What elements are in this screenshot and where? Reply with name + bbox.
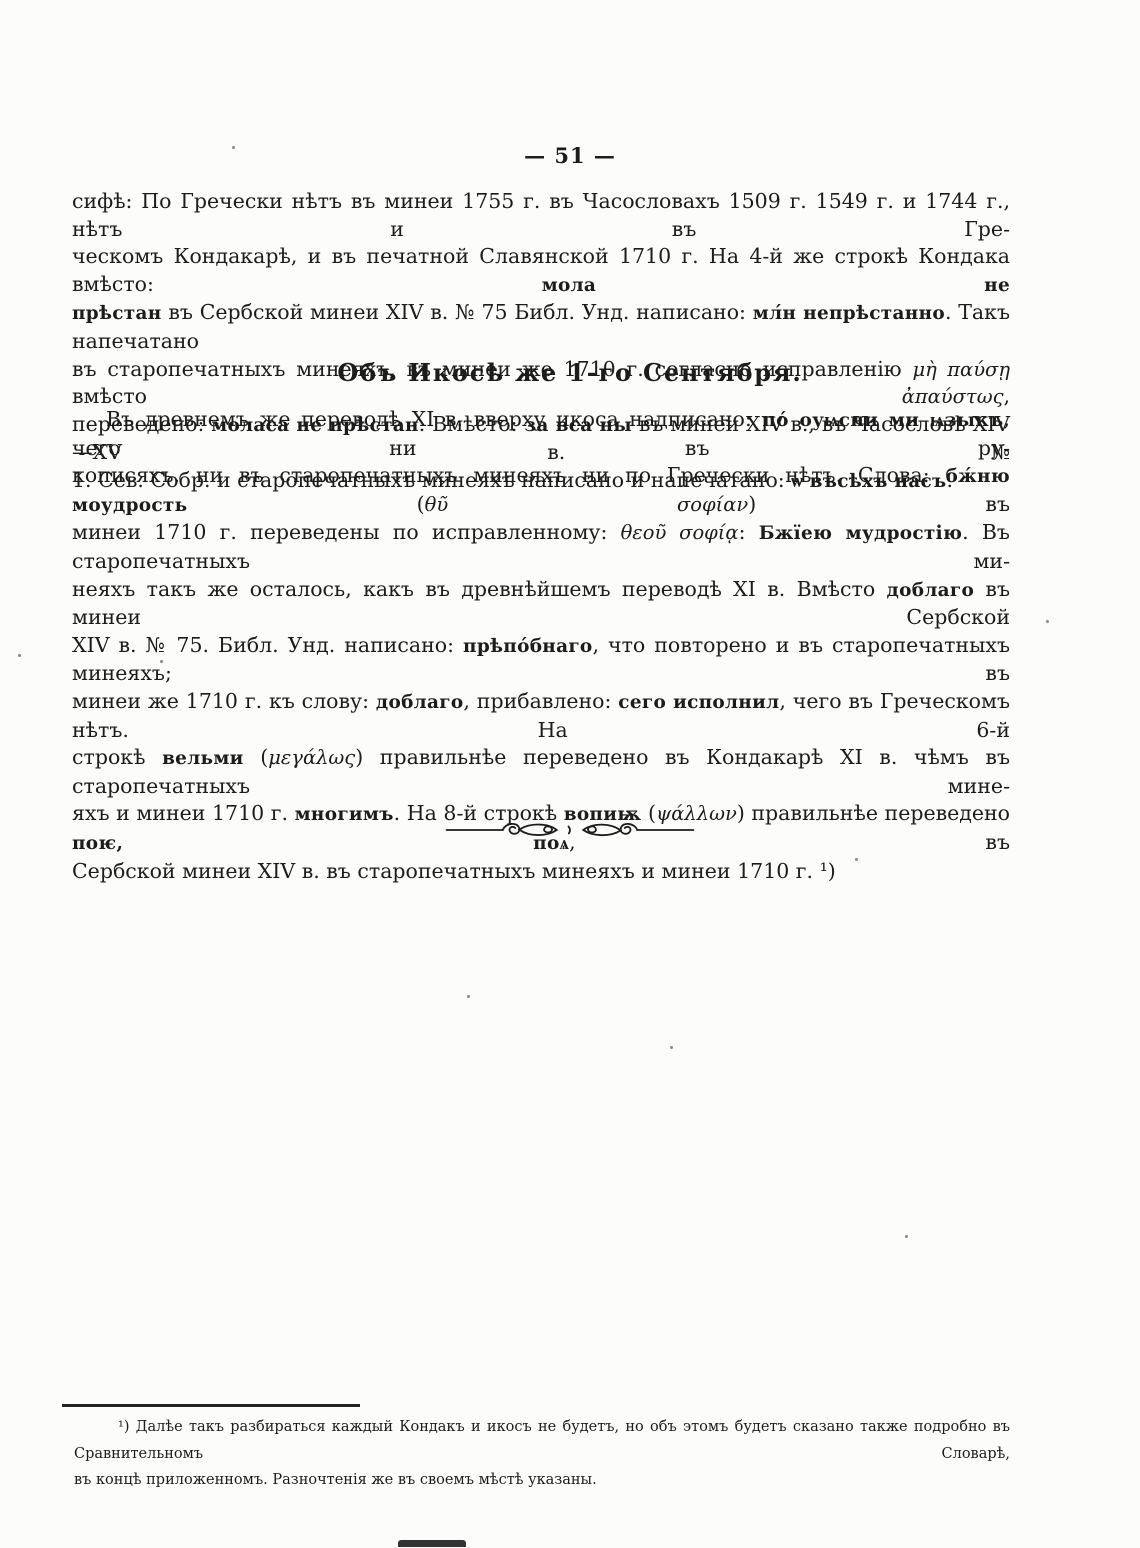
text-line: Сербской минеи XIV в. въ старопечатныхъ … xyxy=(72,858,1010,886)
text-line: XIV в. № 75. Библ. Унд. написано: прѣпо́… xyxy=(72,632,1010,688)
divider-ornament xyxy=(0,818,1140,846)
section-heading: Объ Икосѣ же 1-го Сентября. xyxy=(0,358,1140,387)
page-number: — 51 — xyxy=(0,143,1140,168)
text-line: ¹) Далѣе такъ разбираться каждый Кондакъ… xyxy=(74,1414,1010,1467)
scan-speck xyxy=(905,1235,908,1238)
body-paragraph-2: Въ древнемъ же переводѣ XI в. вверху ико… xyxy=(72,406,1010,885)
scan-smudge xyxy=(398,1540,466,1547)
text-line: въ концѣ приложенномъ. Разночтенія же въ… xyxy=(74,1467,1010,1494)
text-line: минеи же 1710 г. къ слову: доблаго, приб… xyxy=(72,688,1010,744)
scanned-book-page: — 51 — сифѣ: По Гречески нѣтъ въ минеи 1… xyxy=(0,0,1140,1548)
text-line: минеи 1710 г. переведены по исправленном… xyxy=(72,519,1010,575)
scan-speck xyxy=(467,995,470,998)
scan-speck xyxy=(160,660,163,663)
text-line: ческомъ Кондакарѣ, и въ печатной Славянс… xyxy=(72,243,1010,299)
scan-speck xyxy=(670,1046,673,1049)
text-line: Въ древнемъ же переводѣ XI в. вверху ико… xyxy=(72,406,1010,462)
footnote: ¹) Далѣе такъ разбираться каждый Кондакъ… xyxy=(74,1414,1010,1494)
text-line: сифѣ: По Гречески нѣтъ въ минеи 1755 г. … xyxy=(72,188,1010,243)
footnote-rule xyxy=(62,1404,360,1407)
text-line: строкѣ вельми (μεγάλως) правильнѣе перев… xyxy=(72,744,1010,800)
scan-speck xyxy=(232,146,235,149)
scroll-flourish-icon xyxy=(445,827,695,846)
scan-speck xyxy=(18,654,21,657)
text-line: прѣстан въ Сербской минеи XIV в. № 75 Би… xyxy=(72,299,1010,355)
text-line: неяхъ такъ же осталось, какъ въ древнѣйш… xyxy=(72,576,1010,632)
scan-speck xyxy=(1046,620,1049,623)
text-line: кописяхъ. ни въ старопечатныхъ минеяхъ н… xyxy=(72,462,1010,519)
scan-speck xyxy=(855,858,858,861)
